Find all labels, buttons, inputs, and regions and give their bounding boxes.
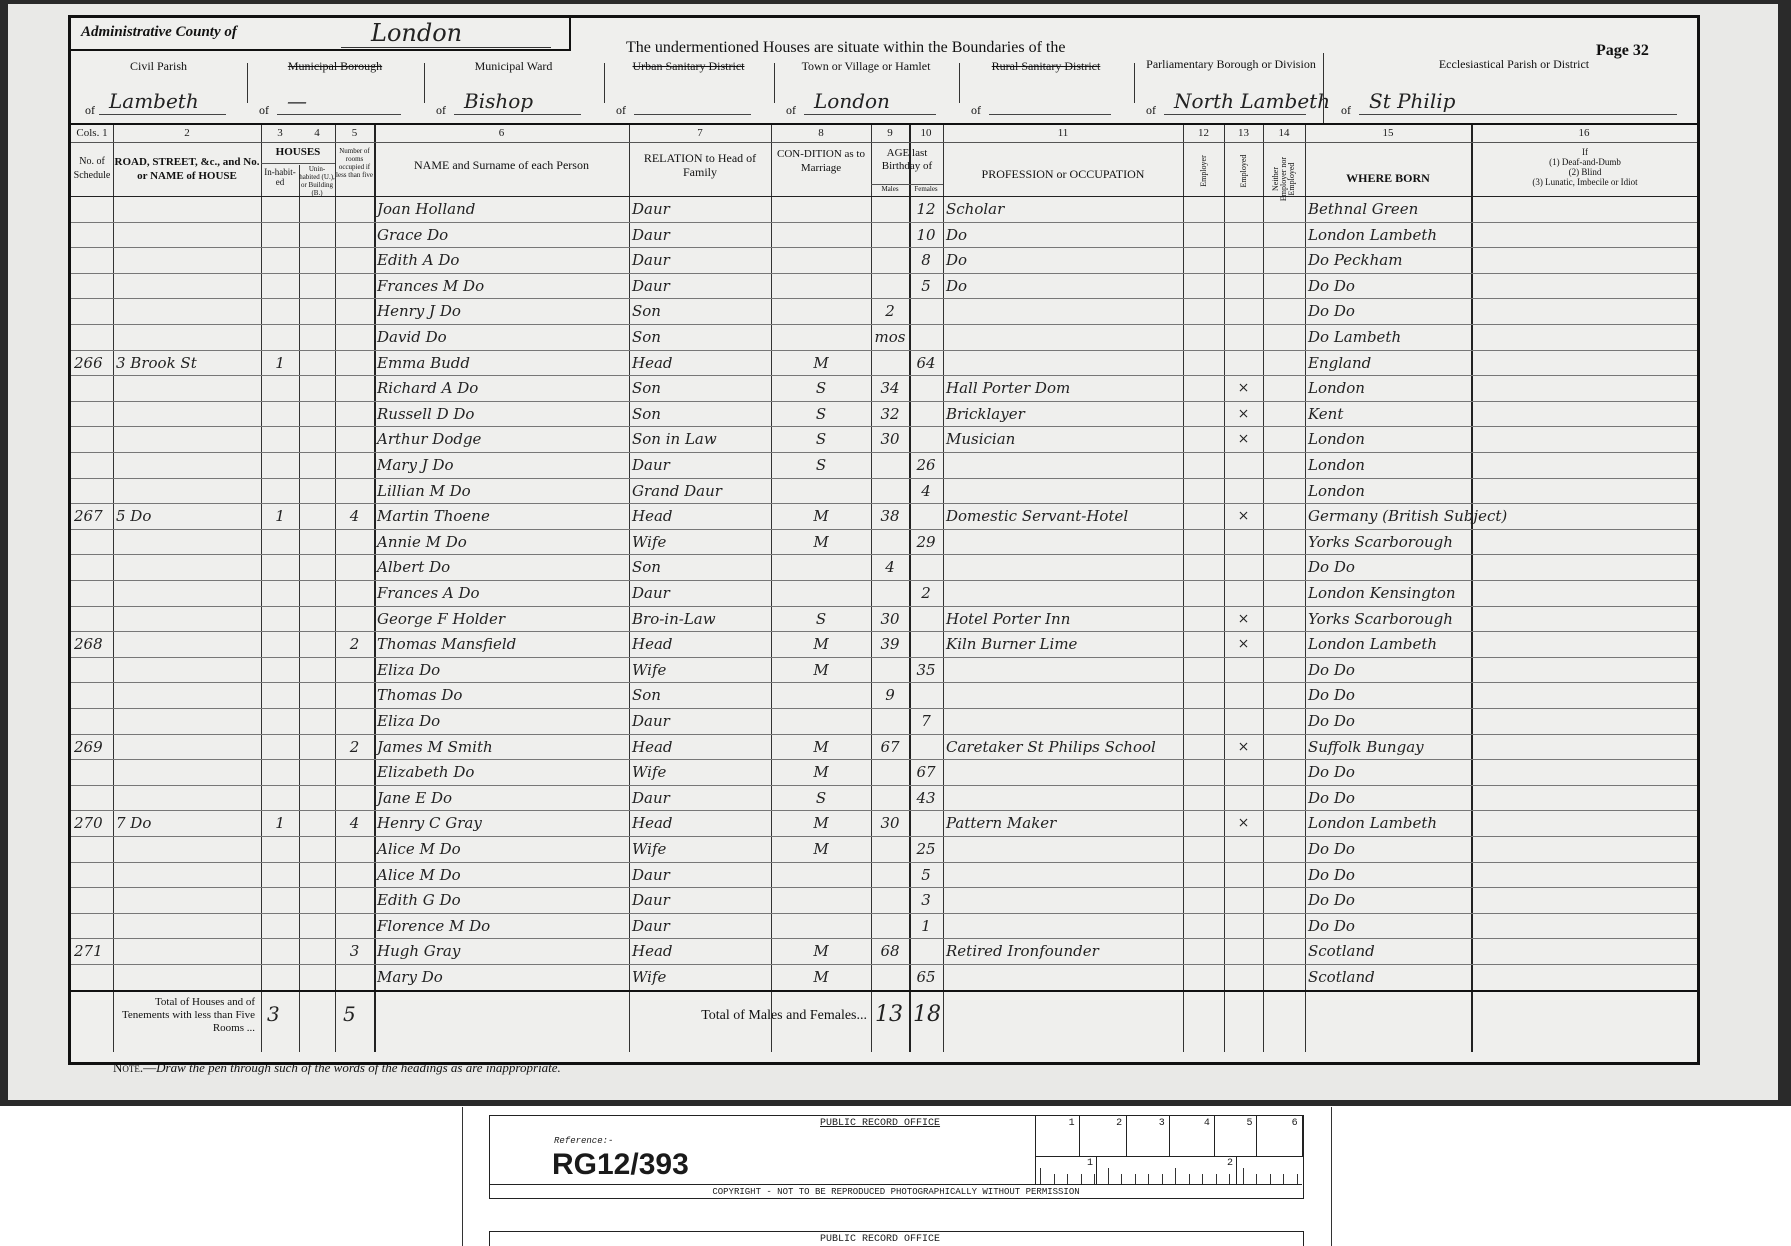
field-label: Ecclesiastical Parish or District bbox=[1331, 57, 1697, 71]
cell-occ: Hall Porter Dom bbox=[946, 375, 1180, 401]
cell-sched bbox=[74, 554, 110, 580]
cell-rel: Bro-in-Law bbox=[632, 606, 768, 632]
cell-m: 38 bbox=[874, 503, 906, 529]
cell-name: George F Holder bbox=[377, 606, 626, 632]
note: Note.—Draw the pen through such of the w… bbox=[113, 1060, 561, 1076]
scale-number: 2 bbox=[1227, 1158, 1233, 1169]
scale-mark bbox=[1216, 1174, 1217, 1184]
cell-born: London Lambeth bbox=[1308, 222, 1468, 248]
cell-born: Do Do bbox=[1308, 273, 1468, 299]
cell-emp: × bbox=[1227, 375, 1260, 401]
cell-inh bbox=[264, 734, 296, 760]
table-row: Edith G DoDaur3Do Do bbox=[71, 887, 1697, 913]
cell-born: Do Do bbox=[1308, 708, 1468, 734]
cell-f bbox=[912, 503, 940, 529]
table-row: Elizabeth DoWifeM67Do Do bbox=[71, 759, 1697, 785]
cell-born: Yorks Scarborough bbox=[1308, 529, 1468, 555]
admin-county-value: London bbox=[341, 19, 551, 48]
header-rooms: Number of rooms occupied if less than fi… bbox=[335, 147, 374, 179]
cell-name: Eliza Do bbox=[377, 708, 626, 734]
totals-tenements: 5 bbox=[343, 1002, 356, 1026]
cell-occ: Domestic Servant-Hotel bbox=[946, 503, 1180, 529]
cell-street bbox=[116, 734, 258, 760]
cell-occ bbox=[946, 836, 1180, 862]
cell-f: 65 bbox=[912, 964, 940, 990]
table-row: Henry J DoSon2Do Do bbox=[71, 298, 1697, 324]
column-number: 15 bbox=[1305, 127, 1471, 139]
table-row: 2682Thomas MansfieldHeadM39Kiln Burner L… bbox=[71, 631, 1697, 657]
cell-cond: M bbox=[774, 759, 868, 785]
scale-mark bbox=[1054, 1174, 1055, 1184]
column-number: 5 bbox=[335, 127, 374, 139]
cell-street bbox=[116, 529, 258, 555]
field-divider bbox=[774, 63, 775, 103]
header-name: NAME and Surname of each Person bbox=[374, 157, 629, 173]
slip-reference: RG12/393 bbox=[552, 1148, 689, 1182]
scale-mark bbox=[1229, 1174, 1230, 1184]
cell-street bbox=[116, 606, 258, 632]
cell-rooms bbox=[338, 964, 371, 990]
column-number: 2 bbox=[113, 127, 261, 139]
cell-occ bbox=[946, 554, 1180, 580]
header-houses: HOUSES bbox=[261, 145, 335, 159]
cell-cond: S bbox=[774, 401, 868, 427]
cell-rel: Head bbox=[632, 503, 768, 529]
cell-inh: 1 bbox=[264, 350, 296, 376]
cell-unin bbox=[302, 554, 332, 580]
scale-number: 5 bbox=[1246, 1118, 1252, 1129]
field-label: Parliamentary Borough or Division bbox=[1136, 57, 1326, 71]
cell-sched bbox=[74, 375, 110, 401]
table-row: Richard A DoSonS34Hall Porter Dom×London bbox=[71, 375, 1697, 401]
table-row: George F HolderBro-in-LawS30Hotel Porter… bbox=[71, 606, 1697, 632]
field-2: Municipal WardofBishop bbox=[426, 51, 601, 123]
cell-emp bbox=[1227, 708, 1260, 734]
scale-tick bbox=[1302, 1116, 1303, 1156]
cell-unin bbox=[302, 708, 332, 734]
cell-emp bbox=[1227, 247, 1260, 273]
cell-born: Yorks Scarborough bbox=[1308, 606, 1468, 632]
cell-m bbox=[874, 222, 906, 248]
cell-rooms bbox=[338, 657, 371, 683]
cell-inh bbox=[264, 375, 296, 401]
scale-number: 1 bbox=[1069, 1118, 1075, 1129]
cell-occ bbox=[946, 298, 1180, 324]
cell-inh bbox=[264, 657, 296, 683]
scale-mark bbox=[1094, 1174, 1095, 1184]
cell-born: Do Do bbox=[1308, 887, 1468, 913]
cell-unin bbox=[302, 350, 332, 376]
table-row: Alice M DoWifeM25Do Do bbox=[71, 836, 1697, 862]
column-number: 11 bbox=[943, 127, 1183, 139]
cell-unin bbox=[302, 273, 332, 299]
cell-m bbox=[874, 196, 906, 222]
header-age: AGE last Birthday of bbox=[871, 147, 943, 173]
cell-inh: 1 bbox=[264, 810, 296, 836]
cell-street bbox=[116, 862, 258, 888]
cell-rel: Daur bbox=[632, 913, 768, 939]
cell-inh bbox=[264, 196, 296, 222]
cell-m: 32 bbox=[874, 401, 906, 427]
cell-rel: Head bbox=[632, 810, 768, 836]
cell-cond bbox=[774, 324, 868, 350]
cell-street bbox=[116, 913, 258, 939]
cell-rel: Daur bbox=[632, 708, 768, 734]
cell-born: Do Peckham bbox=[1308, 247, 1468, 273]
cell-street bbox=[116, 682, 258, 708]
cell-name: Alice M Do bbox=[377, 862, 626, 888]
cell-street bbox=[116, 247, 258, 273]
cell-m: 39 bbox=[874, 631, 906, 657]
cell-cond bbox=[774, 247, 868, 273]
table-row: Grace DoDaur10DoLondon Lambeth bbox=[71, 222, 1697, 248]
cell-sched bbox=[74, 759, 110, 785]
cell-f: 8 bbox=[912, 247, 940, 273]
cell-unin bbox=[302, 580, 332, 606]
scale-mark bbox=[1270, 1174, 1271, 1184]
cell-occ: Scholar bbox=[946, 196, 1180, 222]
cell-cond: M bbox=[774, 631, 868, 657]
table-row: Mary DoWifeM65Scotland bbox=[71, 964, 1697, 990]
cell-m: 2 bbox=[874, 298, 906, 324]
field-divider bbox=[1134, 63, 1135, 103]
cell-unin bbox=[302, 938, 332, 964]
slip-office: PUBLIC RECORD OFFICE bbox=[820, 1118, 940, 1129]
cell-emp bbox=[1227, 580, 1260, 606]
cell-born: London Lambeth bbox=[1308, 810, 1468, 836]
cell-f: 3 bbox=[912, 887, 940, 913]
cell-f: 35 bbox=[912, 657, 940, 683]
table-row: Alice M DoDaur5Do Do bbox=[71, 862, 1697, 888]
scale-number: 2 bbox=[1116, 1118, 1122, 1129]
cell-m bbox=[874, 273, 906, 299]
cell-rel: Daur bbox=[632, 887, 768, 913]
cell-occ bbox=[946, 529, 1180, 555]
cell-born: London bbox=[1308, 375, 1468, 401]
cell-inh bbox=[264, 222, 296, 248]
of-label: of bbox=[786, 103, 796, 118]
table-row: Lillian M DoGrand Daur4London bbox=[71, 478, 1697, 504]
cell-rooms bbox=[338, 759, 371, 785]
cell-m: mos bbox=[874, 324, 906, 350]
column-number: 9 bbox=[871, 127, 909, 139]
cell-occ bbox=[946, 682, 1180, 708]
field-divider bbox=[959, 63, 960, 103]
scale-mark bbox=[1081, 1174, 1082, 1184]
infirmity-line: (1) Deaf-and-Dumb bbox=[1473, 157, 1697, 167]
cell-name: Elizabeth Do bbox=[377, 759, 626, 785]
total-males: 13 bbox=[875, 1002, 903, 1027]
total-females: 18 bbox=[913, 1002, 941, 1027]
cell-emp: × bbox=[1227, 401, 1260, 427]
cell-name: Thomas Mansfield bbox=[377, 631, 626, 657]
cell-f: 26 bbox=[912, 452, 940, 478]
cell-street bbox=[116, 375, 258, 401]
header-relation: RELATION to Head of Family bbox=[629, 151, 771, 179]
cell-m: 9 bbox=[874, 682, 906, 708]
cell-unin bbox=[302, 222, 332, 248]
table-row: Frances M DoDaur5DoDo Do bbox=[71, 273, 1697, 299]
table-row: Edith A DoDaur8DoDo Peckham bbox=[71, 247, 1697, 273]
cell-inh bbox=[264, 273, 296, 299]
field-1: Municipal Boroughof— bbox=[249, 51, 421, 123]
cell-m bbox=[874, 862, 906, 888]
scale-tick bbox=[1169, 1116, 1170, 1156]
cell-street bbox=[116, 785, 258, 811]
cell-born: Do Do bbox=[1308, 554, 1468, 580]
table-row: 2713Hugh GrayHeadM68Retired IronfounderS… bbox=[71, 938, 1697, 964]
field-7: Ecclesiastical Parish or DistrictofSt Ph… bbox=[1331, 51, 1697, 123]
of-label: of bbox=[1146, 103, 1156, 118]
cell-unin bbox=[302, 682, 332, 708]
cell-born: Do Lambeth bbox=[1308, 324, 1468, 350]
cell-m: 34 bbox=[874, 375, 906, 401]
field-divider bbox=[604, 63, 605, 103]
cell-emp bbox=[1227, 298, 1260, 324]
cell-m bbox=[874, 708, 906, 734]
slip-box-2: PUBLIC RECORD OFFICE bbox=[489, 1231, 1304, 1246]
cell-m bbox=[874, 580, 906, 606]
cell-cond: S bbox=[774, 375, 868, 401]
table-row: Albert DoSon4Do Do bbox=[71, 554, 1697, 580]
cell-sched bbox=[74, 196, 110, 222]
cell-m bbox=[874, 913, 906, 939]
cell-emp bbox=[1227, 785, 1260, 811]
cell-rel: Son bbox=[632, 375, 768, 401]
scale-mark bbox=[1040, 1168, 1041, 1184]
cell-rel: Son bbox=[632, 324, 768, 350]
cell-rel: Son bbox=[632, 298, 768, 324]
cell-m: 67 bbox=[874, 734, 906, 760]
cell-unin bbox=[302, 836, 332, 862]
header-employer: Employer bbox=[1200, 147, 1208, 195]
cell-rooms bbox=[338, 913, 371, 939]
cell-cond: M bbox=[774, 503, 868, 529]
cell-born: Do Do bbox=[1308, 759, 1468, 785]
cell-occ bbox=[946, 759, 1180, 785]
cell-sched bbox=[74, 324, 110, 350]
cell-rel: Head bbox=[632, 938, 768, 964]
header-where-born: WHERE BORN bbox=[1305, 171, 1471, 185]
cell-name: Mary J Do bbox=[377, 452, 626, 478]
cell-rel: Wife bbox=[632, 836, 768, 862]
cell-emp: × bbox=[1227, 503, 1260, 529]
cell-rel: Son bbox=[632, 554, 768, 580]
header-employed: Employed bbox=[1240, 147, 1248, 195]
cell-rooms bbox=[338, 708, 371, 734]
cell-born: Suffolk Bungay bbox=[1308, 734, 1468, 760]
cell-f bbox=[912, 734, 940, 760]
cell-cond bbox=[774, 273, 868, 299]
scale-mark bbox=[1189, 1174, 1190, 1184]
cell-rooms bbox=[338, 606, 371, 632]
cell-inh bbox=[264, 478, 296, 504]
of-label: of bbox=[971, 103, 981, 118]
cell-street bbox=[116, 554, 258, 580]
cell-name: Eliza Do bbox=[377, 657, 626, 683]
cell-name: Emma Budd bbox=[377, 350, 626, 376]
cell-born: Do Do bbox=[1308, 298, 1468, 324]
cell-rel: Daur bbox=[632, 247, 768, 273]
cell-street bbox=[116, 452, 258, 478]
cell-inh bbox=[264, 247, 296, 273]
cell-street bbox=[116, 964, 258, 990]
cell-f: 10 bbox=[912, 222, 940, 248]
cell-sched bbox=[74, 247, 110, 273]
cell-cond: M bbox=[774, 810, 868, 836]
cell-m bbox=[874, 529, 906, 555]
cell-m bbox=[874, 887, 906, 913]
cell-name: Edith A Do bbox=[377, 247, 626, 273]
table-row: 2707 Do14Henry C GrayHeadM30Pattern Make… bbox=[71, 810, 1697, 836]
cell-m bbox=[874, 657, 906, 683]
slip-office-2: PUBLIC RECORD OFFICE bbox=[820, 1234, 940, 1245]
cell-sched: 269 bbox=[74, 734, 110, 760]
cell-f bbox=[912, 938, 940, 964]
cell-born: Do Do bbox=[1308, 862, 1468, 888]
cell-rel: Head bbox=[632, 350, 768, 376]
cell-rel: Daur bbox=[632, 452, 768, 478]
cell-rel: Wife bbox=[632, 529, 768, 555]
cell-cond: S bbox=[774, 426, 868, 452]
table-row: Eliza DoWifeM35Do Do bbox=[71, 657, 1697, 683]
column-number: 10 bbox=[909, 127, 943, 139]
cell-unin bbox=[302, 785, 332, 811]
field-0: Civil ParishofLambeth bbox=[71, 51, 246, 123]
cell-rooms bbox=[338, 785, 371, 811]
cell-inh bbox=[264, 887, 296, 913]
cell-unin bbox=[302, 426, 332, 452]
reference-slip: PUBLIC RECORD OFFICE Reference:- RG12/39… bbox=[462, 1107, 1332, 1246]
cell-street bbox=[116, 708, 258, 734]
cell-emp: × bbox=[1227, 426, 1260, 452]
infirmity-line: If bbox=[1473, 147, 1697, 157]
table-row: Annie M DoWifeM29Yorks Scarborough bbox=[71, 529, 1697, 555]
header-street: ROAD, STREET, &c., and No. or NAME of HO… bbox=[113, 155, 261, 183]
cell-unin bbox=[302, 759, 332, 785]
scale-mark bbox=[1256, 1174, 1257, 1184]
cell-emp bbox=[1227, 196, 1260, 222]
cell-street bbox=[116, 273, 258, 299]
cell-m: 30 bbox=[874, 810, 906, 836]
cell-cond: S bbox=[774, 452, 868, 478]
cell-m: 4 bbox=[874, 554, 906, 580]
cell-emp bbox=[1227, 887, 1260, 913]
cell-rooms bbox=[338, 836, 371, 862]
cell-emp bbox=[1227, 350, 1260, 376]
cell-emp bbox=[1227, 964, 1260, 990]
cell-cond bbox=[774, 682, 868, 708]
header-uninhabited: Unin-habited (U.), or Building (B.) bbox=[299, 165, 335, 197]
cell-m bbox=[874, 452, 906, 478]
field-label: Rural Sanitary District bbox=[961, 59, 1131, 73]
cell-name: Alice M Do bbox=[377, 836, 626, 862]
cell-unin bbox=[302, 529, 332, 555]
totals-persons-label: Total of Males and Females... bbox=[631, 1008, 867, 1024]
table-row: Frances A DoDaur2London Kensington bbox=[71, 580, 1697, 606]
field-label: Town or Village or Hamlet bbox=[776, 59, 956, 73]
cell-rel: Wife bbox=[632, 964, 768, 990]
cell-m: 30 bbox=[874, 426, 906, 452]
cell-inh bbox=[264, 708, 296, 734]
cell-cond bbox=[774, 913, 868, 939]
cell-rel: Head bbox=[632, 631, 768, 657]
cell-sched: 271 bbox=[74, 938, 110, 964]
cell-inh bbox=[264, 324, 296, 350]
cell-name: Lillian M Do bbox=[377, 478, 626, 504]
cell-emp bbox=[1227, 938, 1260, 964]
cell-inh bbox=[264, 682, 296, 708]
field-6: Parliamentary Borough or DivisionofNorth… bbox=[1136, 51, 1326, 123]
cell-f: 5 bbox=[912, 862, 940, 888]
cell-rooms: 2 bbox=[338, 631, 371, 657]
cell-cond bbox=[774, 222, 868, 248]
slip-scale: 123456 12 bbox=[1035, 1116, 1304, 1184]
cell-street bbox=[116, 401, 258, 427]
cell-born: England bbox=[1308, 350, 1468, 376]
scale-mark bbox=[1297, 1174, 1298, 1184]
cell-m bbox=[874, 964, 906, 990]
scale-tick bbox=[1096, 1156, 1097, 1184]
cell-cond: S bbox=[774, 606, 868, 632]
cell-occ: Kiln Burner Lime bbox=[946, 631, 1180, 657]
cell-m bbox=[874, 836, 906, 862]
cell-rel: Son bbox=[632, 682, 768, 708]
census-form: Administrative County of London The unde… bbox=[68, 15, 1700, 1065]
table-row: Joan HollandDaur12ScholarBethnal Green bbox=[71, 196, 1697, 222]
cell-f bbox=[912, 426, 940, 452]
table-row: Eliza DoDaur7Do Do bbox=[71, 708, 1697, 734]
field-4: Town or Village or HamletofLondon bbox=[776, 51, 956, 123]
cell-rooms bbox=[338, 426, 371, 452]
cell-occ bbox=[946, 862, 1180, 888]
cell-emp bbox=[1227, 554, 1260, 580]
cell-street bbox=[116, 426, 258, 452]
cell-rooms bbox=[338, 682, 371, 708]
cell-name: Thomas Do bbox=[377, 682, 626, 708]
cell-unin bbox=[302, 631, 332, 657]
cell-sched: 270 bbox=[74, 810, 110, 836]
cell-unin bbox=[302, 452, 332, 478]
cell-cond: M bbox=[774, 836, 868, 862]
cell-rooms bbox=[338, 273, 371, 299]
cell-street bbox=[116, 887, 258, 913]
header-occupation: PROFESSION or OCCUPATION bbox=[943, 167, 1183, 181]
cell-m bbox=[874, 350, 906, 376]
scale-mark bbox=[1108, 1168, 1109, 1184]
cell-name: Russell D Do bbox=[377, 401, 626, 427]
column-number: 13 bbox=[1224, 127, 1263, 139]
cell-sched: 268 bbox=[74, 631, 110, 657]
cell-name: Hugh Gray bbox=[377, 938, 626, 964]
cell-occ bbox=[946, 708, 1180, 734]
cell-f bbox=[912, 606, 940, 632]
cell-emp bbox=[1227, 529, 1260, 555]
cell-emp bbox=[1227, 222, 1260, 248]
admin-county-box: Administrative County of London bbox=[71, 18, 571, 51]
table-row: 2675 Do14Martin ThoeneHeadM38Domestic Se… bbox=[71, 503, 1697, 529]
scale-number: 3 bbox=[1159, 1118, 1165, 1129]
cell-f: 64 bbox=[912, 350, 940, 376]
cell-inh bbox=[264, 913, 296, 939]
cell-sched bbox=[74, 529, 110, 555]
field-value bbox=[634, 89, 751, 115]
cell-name: Annie M Do bbox=[377, 529, 626, 555]
of-label: of bbox=[259, 103, 269, 118]
cell-unin bbox=[302, 734, 332, 760]
cell-rooms: 4 bbox=[338, 503, 371, 529]
cell-rooms bbox=[338, 324, 371, 350]
